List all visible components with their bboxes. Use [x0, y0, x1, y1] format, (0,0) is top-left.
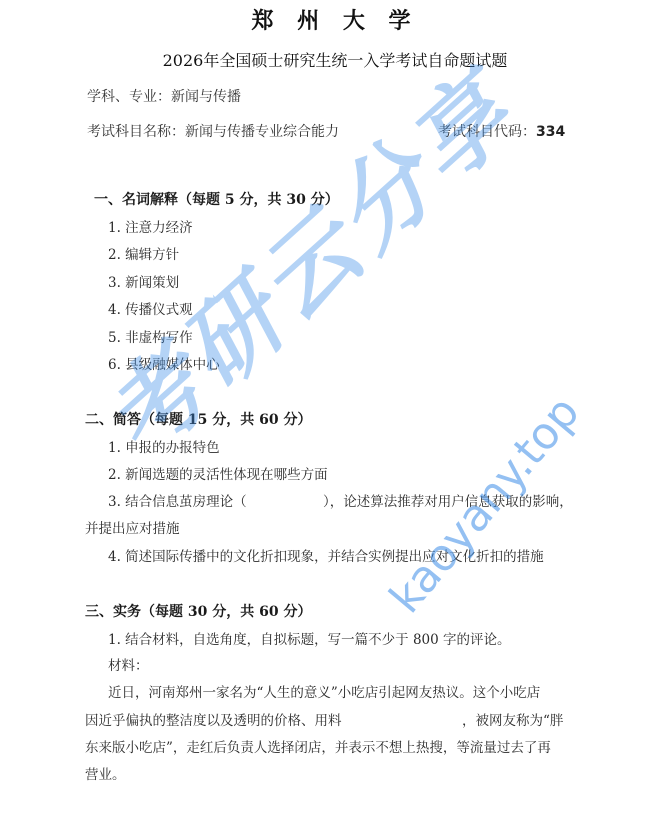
section-1-item: 4. 传播仪式观 [108, 301, 193, 319]
section-1-item: 6. 县级融媒体中心 [108, 356, 220, 374]
section-3-heading: 三、实务（每题 30 分，共 60 分） [85, 603, 311, 621]
material-line: 近日，河南郑州一家名为“人生的意义”小吃店引起网友热议。这个小吃店 [108, 684, 540, 702]
exam-name-label: 考试科目名称：新闻与传播专业综合能力 [87, 123, 339, 141]
section-2-item: 2. 新闻选题的灵活性体现在哪些方面 [108, 466, 328, 484]
section-2-item-cont: 并提出应对措施 [85, 520, 180, 538]
section-1-heading: 一、名词解释（每题 5 分，共 30 分） [94, 191, 339, 209]
section-1-item: 2. 编辑方针 [108, 246, 179, 264]
material-line: ，被网友称为“胖 [462, 712, 563, 730]
exam-code-value: 334 [536, 124, 565, 140]
section-2-item: 4. 简述国际传播中的文化折扣现象，并结合实例提出应对文化折扣的措施 [108, 548, 544, 566]
section-1-item: 1. 注意力经济 [108, 219, 193, 237]
section-1-item: 5. 非虚构写作 [108, 329, 193, 347]
section-3-item: 1. 结合材料，自选角度，自拟标题，写一篇不少于 800 字的评论。 [108, 631, 511, 649]
section-2-item-part: 3. 结合信息茧房理论（ [108, 493, 247, 511]
exam-code: 考试科目代码：334 [438, 123, 565, 141]
subject-label: 学科、专业：新闻与传播 [87, 88, 241, 106]
exam-code-label: 考试科目代码： [438, 124, 536, 140]
section-2-heading: 二、简答（每题 15 分，共 60 分） [85, 411, 311, 429]
section-1-item: 3. 新闻策划 [108, 274, 179, 292]
exam-title: 2026年全国硕士研究生统一入学考试自命题试题 [0, 50, 670, 72]
material-line: 东来版小吃店”，走红后负责人选择闭店，并表示不想上热搜，等流量过去了再 [85, 739, 551, 757]
material-label: 材料： [108, 657, 149, 675]
section-2-item-part: ），论述算法推荐对用户信息获取的影响， [323, 493, 573, 511]
exam-page: 郑 州 大 学 2026年全国硕士研究生统一入学考试自命题试题 学科、专业：新闻… [0, 0, 670, 831]
material-line: 因近乎偏执的整洁度以及透明的价格、用料 [85, 712, 342, 730]
section-2-item: 1. 申报的办报特色 [108, 439, 220, 457]
university-title: 郑 州 大 学 [0, 8, 670, 34]
material-line: 营业。 [85, 766, 126, 784]
